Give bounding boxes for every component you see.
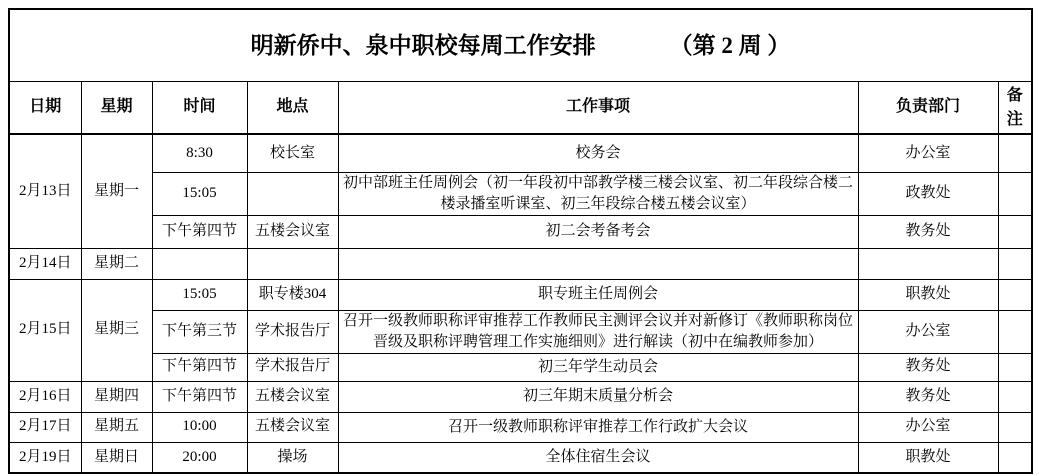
table-row: 下午第四节 学术报告厅 初三年学生动员会 教务处 [9,353,1032,381]
remark-cell [998,215,1032,248]
table-row: 下午第四节 五楼会议室 初二会考备考会 教务处 [9,215,1032,248]
table-row: 2月13日 星期一 8:30 校长室 校务会 办公室 [9,134,1032,172]
col-header-time: 时间 [152,82,247,135]
table-row: 2月17日 星期五 10:00 五楼会议室 召开一级教师职称评审推荐工作行政扩大… [9,412,1032,442]
department-cell: 办公室 [858,412,998,442]
table-row: 2月14日 星期二 [9,248,1032,279]
department-cell: 教务处 [858,381,998,412]
task-cell: 初二会考备考会 [338,215,858,248]
col-header-task: 工作事项 [338,82,858,135]
title-row: 明新侨中、泉中职校每周工作安排 （第 2 周 ） [9,9,1032,82]
task-cell: 初三年学生动员会 [338,353,858,381]
time-cell: 下午第四节 [152,215,247,248]
weekday-cell: 星期日 [81,442,152,473]
task-cell: 初中部班主任周例会（初一年段初中部教学楼三楼会议室、初二年段综合楼二楼录播室听课… [338,172,858,215]
table-row: 2月16日 星期四 下午第四节 五楼会议室 初三年期末质量分析会 教务处 [9,381,1032,412]
time-cell: 下午第三节 [152,310,247,353]
place-cell: 五楼会议室 [247,412,338,442]
time-cell: 10:00 [152,412,247,442]
weekday-cell: 星期二 [81,248,152,279]
department-cell [858,248,998,279]
time-cell: 15:05 [152,279,247,310]
place-cell: 学术报告厅 [247,353,338,381]
place-cell: 职专楼304 [247,279,338,310]
place-cell [247,172,338,215]
weekday-cell: 星期三 [81,279,152,381]
department-cell: 职教处 [858,442,998,473]
task-cell: 全体住宿生会议 [338,442,858,473]
remark-cell [998,381,1032,412]
date-cell: 2月15日 [9,279,81,381]
task-cell: 召开一级教师职称评审推荐工作行政扩大会议 [338,412,858,442]
date-cell: 2月14日 [9,248,81,279]
time-cell: 8:30 [152,134,247,172]
task-cell: 校务会 [338,134,858,172]
page-title: 明新侨中、泉中职校每周工作安排 [251,31,596,61]
weekday-cell: 星期一 [81,134,152,248]
col-header-date: 日期 [9,82,81,135]
col-header-place: 地点 [247,82,338,135]
table-row: 2月19日 星期日 20:00 操场 全体住宿生会议 职教处 [9,442,1032,473]
place-cell: 操场 [247,442,338,473]
task-cell: 职专班主任周例会 [338,279,858,310]
department-cell: 教务处 [858,353,998,381]
table-row: 15:05 初中部班主任周例会（初一年段初中部教学楼三楼会议室、初二年段综合楼二… [9,172,1032,215]
remark-cell [998,172,1032,215]
time-cell [152,248,247,279]
table-row: 下午第三节 学术报告厅 召开一级教师职称评审推荐工作教师民主测评会议并对新修订《… [9,310,1032,353]
time-cell: 15:05 [152,172,247,215]
place-cell: 校长室 [247,134,338,172]
schedule-table: 明新侨中、泉中职校每周工作安排 （第 2 周 ） 日期 星期 时间 地点 工作事… [8,8,1033,474]
place-cell: 学术报告厅 [247,310,338,353]
date-cell: 2月13日 [9,134,81,248]
place-cell: 五楼会议室 [247,381,338,412]
time-cell: 下午第四节 [152,381,247,412]
title-cell: 明新侨中、泉中职校每周工作安排 （第 2 周 ） [9,9,1032,82]
remark-cell [998,248,1032,279]
col-header-department: 负责部门 [858,82,998,135]
task-cell: 召开一级教师职称评审推荐工作教师民主测评会议并对新修订《教师职称岗位晋级及职称评… [338,310,858,353]
remark-cell [998,134,1032,172]
department-cell: 职教处 [858,279,998,310]
header-row: 日期 星期 时间 地点 工作事项 负责部门 备注 [9,82,1032,135]
remark-cell [998,279,1032,310]
department-cell: 办公室 [858,310,998,353]
department-cell: 政教处 [858,172,998,215]
time-cell: 20:00 [152,442,247,473]
task-cell [338,248,858,279]
date-cell: 2月19日 [9,442,81,473]
time-cell: 下午第四节 [152,353,247,381]
col-header-remark: 备注 [998,82,1032,135]
week-number-label: （第 2 周 ） [670,31,791,61]
department-cell: 办公室 [858,134,998,172]
place-cell [247,248,338,279]
department-cell: 教务处 [858,215,998,248]
remark-cell [998,412,1032,442]
col-header-weekday: 星期 [81,82,152,135]
remark-cell [998,353,1032,381]
remark-cell [998,442,1032,473]
date-cell: 2月16日 [9,381,81,412]
place-cell: 五楼会议室 [247,215,338,248]
remark-cell [998,310,1032,353]
date-cell: 2月17日 [9,412,81,442]
task-cell: 初三年期末质量分析会 [338,381,858,412]
weekday-cell: 星期五 [81,412,152,442]
weekday-cell: 星期四 [81,381,152,412]
table-row: 2月15日 星期三 15:05 职专楼304 职专班主任周例会 职教处 [9,279,1032,310]
